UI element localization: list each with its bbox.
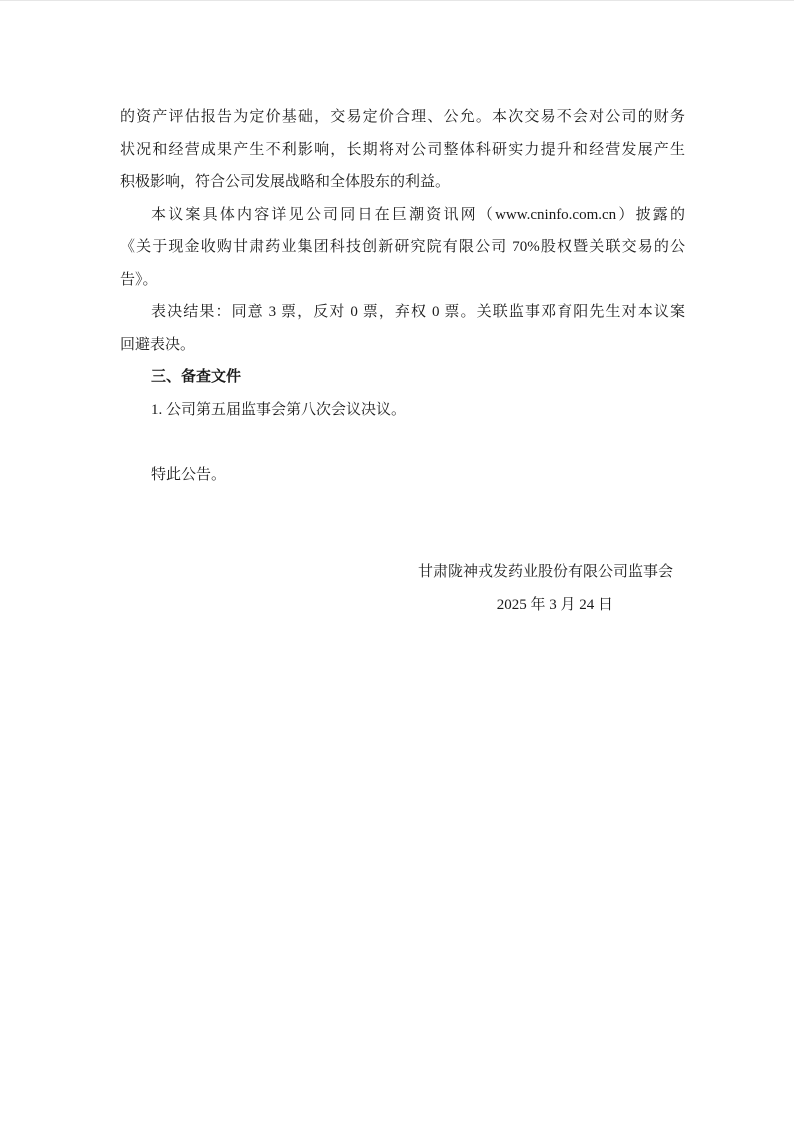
signature-company: 甘肃陇神戎发药业股份有限公司监事会 xyxy=(120,556,685,589)
document-page: 的资产评估报告为定价基础，交易定价合理、公允。本次交易不会对公司的财务 状况和经… xyxy=(0,0,794,1122)
paragraph-line: 《关于现金收购甘肃药业集团科技创新研究院有限公司 70%股权暨关联交易的公 xyxy=(120,231,685,264)
paragraph-line: 的资产评估报告为定价基础，交易定价合理、公允。本次交易不会对公司的财务 xyxy=(120,101,685,134)
paragraph-line: 告》。 xyxy=(120,264,685,297)
paragraph-line: 积极影响，符合公司发展战略和全体股东的利益。 xyxy=(120,166,685,199)
vote-result-line: 表决结果：同意 3 票，反对 0 票，弃权 0 票。关联监事邓育阳先生对本议案 xyxy=(120,296,685,329)
document-body: 的资产评估报告为定价基础，交易定价合理、公允。本次交易不会对公司的财务 状况和经… xyxy=(120,1,685,621)
list-item: 1. 公司第五届监事会第八次会议决议。 xyxy=(120,394,685,427)
signature-date: 2025 年 3 月 24 日 xyxy=(120,589,685,622)
section-heading: 三、备查文件 xyxy=(120,361,685,394)
paragraph-line: 状况和经营成果产生不利影响，长期将对公司整体科研实力提升和经营发展产生 xyxy=(120,134,685,167)
paragraph-line: 本议案具体内容详见公司同日在巨潮资讯网（www.cninfo.com.cn）披露… xyxy=(120,199,685,232)
vote-result-line: 回避表决。 xyxy=(120,329,685,362)
closing-phrase: 特此公告。 xyxy=(120,459,685,492)
